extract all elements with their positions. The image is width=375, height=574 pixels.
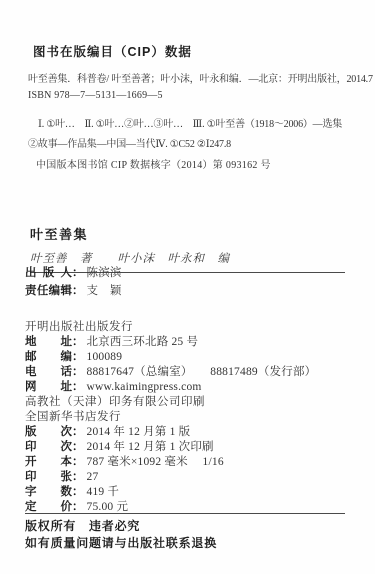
editor-value: 支 颖	[87, 285, 122, 297]
address-label: 地址	[25, 335, 72, 350]
wordcount-row: 字数：419 千	[25, 485, 357, 500]
label-colon: ：	[72, 351, 84, 363]
edition-value: 2014 年 12 月第 1 版	[87, 426, 191, 438]
edition-label: 版次	[25, 425, 72, 440]
label-colon: ：	[72, 456, 84, 468]
sheets-value: 27	[87, 471, 99, 483]
label-colon: ：	[72, 486, 84, 498]
impression-label: 印次	[25, 440, 72, 455]
staff-block: 出版人：陈滨滨 责任编辑：支 颖	[25, 264, 122, 300]
impression-row: 印次：2014 年 12 月第 1 次印刷	[25, 440, 357, 455]
label-colon: ：	[72, 381, 84, 393]
wordcount-label: 字数	[25, 485, 72, 500]
printer-line: 高教社（天津）印务有限公司印刷	[25, 395, 357, 410]
sheets-row: 印张：27	[25, 470, 357, 485]
impression-value: 2014 年 12 月第 1 次印刷	[87, 441, 214, 453]
label-colon: ：	[72, 426, 84, 438]
edition-row: 版次：2014 年 12 月第 1 版	[25, 425, 357, 440]
cip-class-line-2: ②故事—作品集—中国—当代Ⅳ. ①C52 ②Ⅰ247.8	[28, 135, 369, 150]
copyright-page: 图书在版编目（CIP）数据 叶至善集．科普卷/ 叶至善著；叶小沫，叶永和编．—北…	[0, 0, 375, 574]
postcode-row: 邮编：100089	[25, 350, 357, 365]
quality-notice: 如有质量问题请与出版社联系退换	[25, 535, 345, 552]
format-row: 开本：787 毫米×1092 毫米 1/16	[25, 455, 357, 470]
label-colon: ：	[72, 471, 84, 483]
label-colon: ：	[72, 366, 84, 378]
cip-record-line: 中国版本图书馆 CIP 数据核字（2014）第 093162 号	[28, 156, 369, 171]
label-colon: ：	[72, 336, 84, 348]
website-label: 网址	[25, 380, 72, 395]
phone-value: 88817647（总编室） 88817489（发行部）	[87, 366, 317, 378]
phone-row: 电话：88817647（总编室） 88817489（发行部）	[25, 365, 357, 380]
publisher-person-value: 陈滨滨	[87, 267, 122, 279]
address-row: 地址：北京西三环北路 25 号	[25, 335, 357, 350]
book-title: 叶至善集	[30, 224, 345, 243]
publisher-person-row: 出版人：陈滨滨	[25, 264, 122, 282]
copyright-notice: 版权所有 违者必究	[25, 518, 345, 535]
publisher-line: 开明出版社出版发行	[25, 320, 357, 335]
price-value: 75.00 元	[87, 501, 129, 513]
phone-label: 电话	[25, 365, 72, 380]
format-value: 787 毫米×1092 毫米 1/16	[87, 456, 224, 468]
label-colon: ：	[72, 441, 84, 453]
label-colon: ：	[72, 267, 84, 279]
distributor-line: 全国新华书店发行	[25, 410, 357, 425]
website-row: 网址：www.kaimingpress.com	[25, 380, 357, 395]
postcode-value: 100089	[87, 351, 123, 363]
format-label: 开本	[25, 455, 72, 470]
cip-isbn-line: ISBN 978—7—5131—1669—5	[28, 90, 369, 101]
divider-bottom	[25, 513, 345, 514]
cip-block: 图书在版编目（CIP）数据 叶至善集．科普卷/ 叶至善著；叶小沫，叶永和编．—北…	[28, 42, 369, 176]
website-value: www.kaimingpress.com	[87, 381, 202, 393]
sheets-label: 印张	[25, 470, 72, 485]
editor-label: 责任编辑	[25, 282, 72, 300]
wordcount-value: 419 千	[87, 486, 120, 498]
publishing-block: 开明出版社出版发行 地址：北京西三环北路 25 号 邮编：100089 电话：8…	[25, 320, 357, 515]
cip-class-line-1: Ⅰ. ①叶… Ⅱ. ①叶…②叶…③叶… Ⅲ. ①叶至善（1918～2006）—选…	[28, 115, 369, 130]
address-value: 北京西三环北路 25 号	[87, 336, 199, 348]
footer-block: 版权所有 违者必究 如有质量问题请与出版社联系退换	[25, 513, 345, 552]
publisher-person-label: 出版人	[25, 264, 72, 282]
label-colon: ：	[72, 285, 84, 297]
postcode-label: 邮编	[25, 350, 72, 365]
editor-row: 责任编辑：支 颖	[25, 282, 122, 300]
cip-header: 图书在版编目（CIP）数据	[33, 42, 369, 60]
label-colon: ：	[72, 501, 84, 513]
cip-title-line: 叶至善集．科普卷/ 叶至善著；叶小沫，叶永和编．—北京：开明出版社，2014.7	[28, 70, 369, 85]
